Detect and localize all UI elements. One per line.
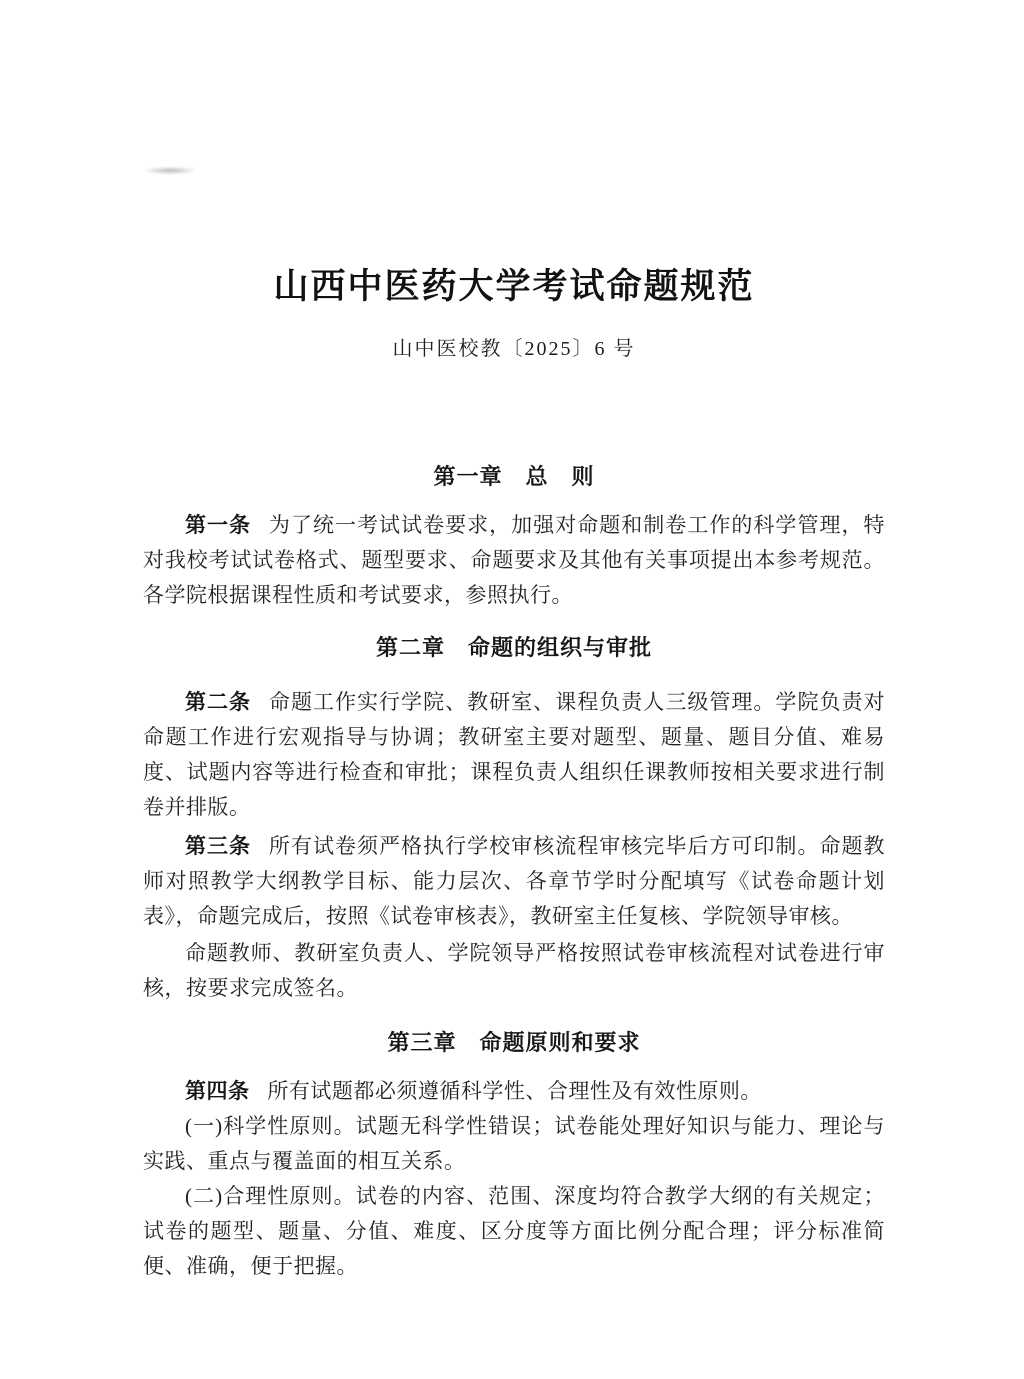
article-4-text: 所有试题都必须遵循科学性、合理性及有效性原则。 xyxy=(267,1079,762,1103)
article-3-continuation-paragraph: 命题教师、教研室负责人、学院领导严格按照试卷审核流程对试卷进行审核，按要求完成签… xyxy=(143,936,885,1006)
article-3-label: 第三条 xyxy=(185,835,251,858)
article-2-paragraph: 第二条命题工作实行学院、教研室、课程负责人三级管理。学院负责对命题工作进行宏观指… xyxy=(143,685,885,825)
document-number: 山中医校教〔2025〕6 号 xyxy=(143,334,885,364)
article-3-text: 所有试卷须严格执行学校审核流程审核完毕后方可印制。命题教师对照教学大纲教学目标、… xyxy=(143,834,885,928)
article-1-paragraph: 第一条为了统一考试试卷要求，加强对命题和制卷工作的科学管理，特对我校考试试卷格式… xyxy=(143,508,885,613)
article-1-label: 第一条 xyxy=(185,514,251,537)
principle-2-text: (二)合理性原则。试卷的内容、范围、深度均符合教学大纲的有关规定；试卷的题型、题… xyxy=(143,1184,885,1278)
principle-2-paragraph: (二)合理性原则。试卷的内容、范围、深度均符合教学大纲的有关规定；试卷的题型、题… xyxy=(143,1179,885,1284)
article-3-paragraph: 第三条所有试卷须严格执行学校审核流程审核完毕后方可印制。命题教师对照教学大纲教学… xyxy=(143,829,885,934)
principle-1-text: (一)科学性原则。试题无科学性错误；试卷能处理好知识与能力、理论与实践、重点与覆… xyxy=(143,1114,885,1173)
chapter-principles-requirements: 第三章 命题原则和要求 第四条所有试题都必须遵循科学性、合理性及有效性原则。 (… xyxy=(143,1028,885,1284)
document-content: 山西中医药大学考试命题规范 山中医校教〔2025〕6 号 第一章 总 则 第一条… xyxy=(143,0,885,1284)
article-2-label: 第二条 xyxy=(185,691,251,714)
chapter-2-heading: 第二章 命题的组织与审批 xyxy=(143,633,885,663)
chapter-general-provisions: 第一章 总 则 第一条为了统一考试试卷要求，加强对命题和制卷工作的科学管理，特对… xyxy=(143,462,885,613)
document-title: 山西中医药大学考试命题规范 xyxy=(143,264,885,310)
article-2-text: 命题工作实行学院、教研室、课程负责人三级管理。学院负责对命题工作进行宏观指导与协… xyxy=(143,690,885,819)
chapter-3-heading: 第三章 命题原则和要求 xyxy=(143,1028,885,1058)
chapter-organization-approval: 第二章 命题的组织与审批 第二条命题工作实行学院、教研室、课程负责人三级管理。学… xyxy=(143,633,885,1006)
document-page: 山西中医药大学考试命题规范 山中医校教〔2025〕6 号 第一章 总 则 第一条… xyxy=(0,0,1024,1379)
article-1-text: 为了统一考试试卷要求，加强对命题和制卷工作的科学管理，特对我校考试试卷格式、题型… xyxy=(143,513,885,607)
article-4-label: 第四条 xyxy=(185,1080,250,1103)
article-3-continuation-text: 命题教师、教研室负责人、学院领导严格按照试卷审核流程对试卷进行审核，按要求完成签… xyxy=(143,941,885,1000)
principle-1-paragraph: (一)科学性原则。试题无科学性错误；试卷能处理好知识与能力、理论与实践、重点与覆… xyxy=(143,1109,885,1179)
chapter-1-heading: 第一章 总 则 xyxy=(143,462,885,492)
article-4-paragraph: 第四条所有试题都必须遵循科学性、合理性及有效性原则。 xyxy=(143,1074,885,1109)
